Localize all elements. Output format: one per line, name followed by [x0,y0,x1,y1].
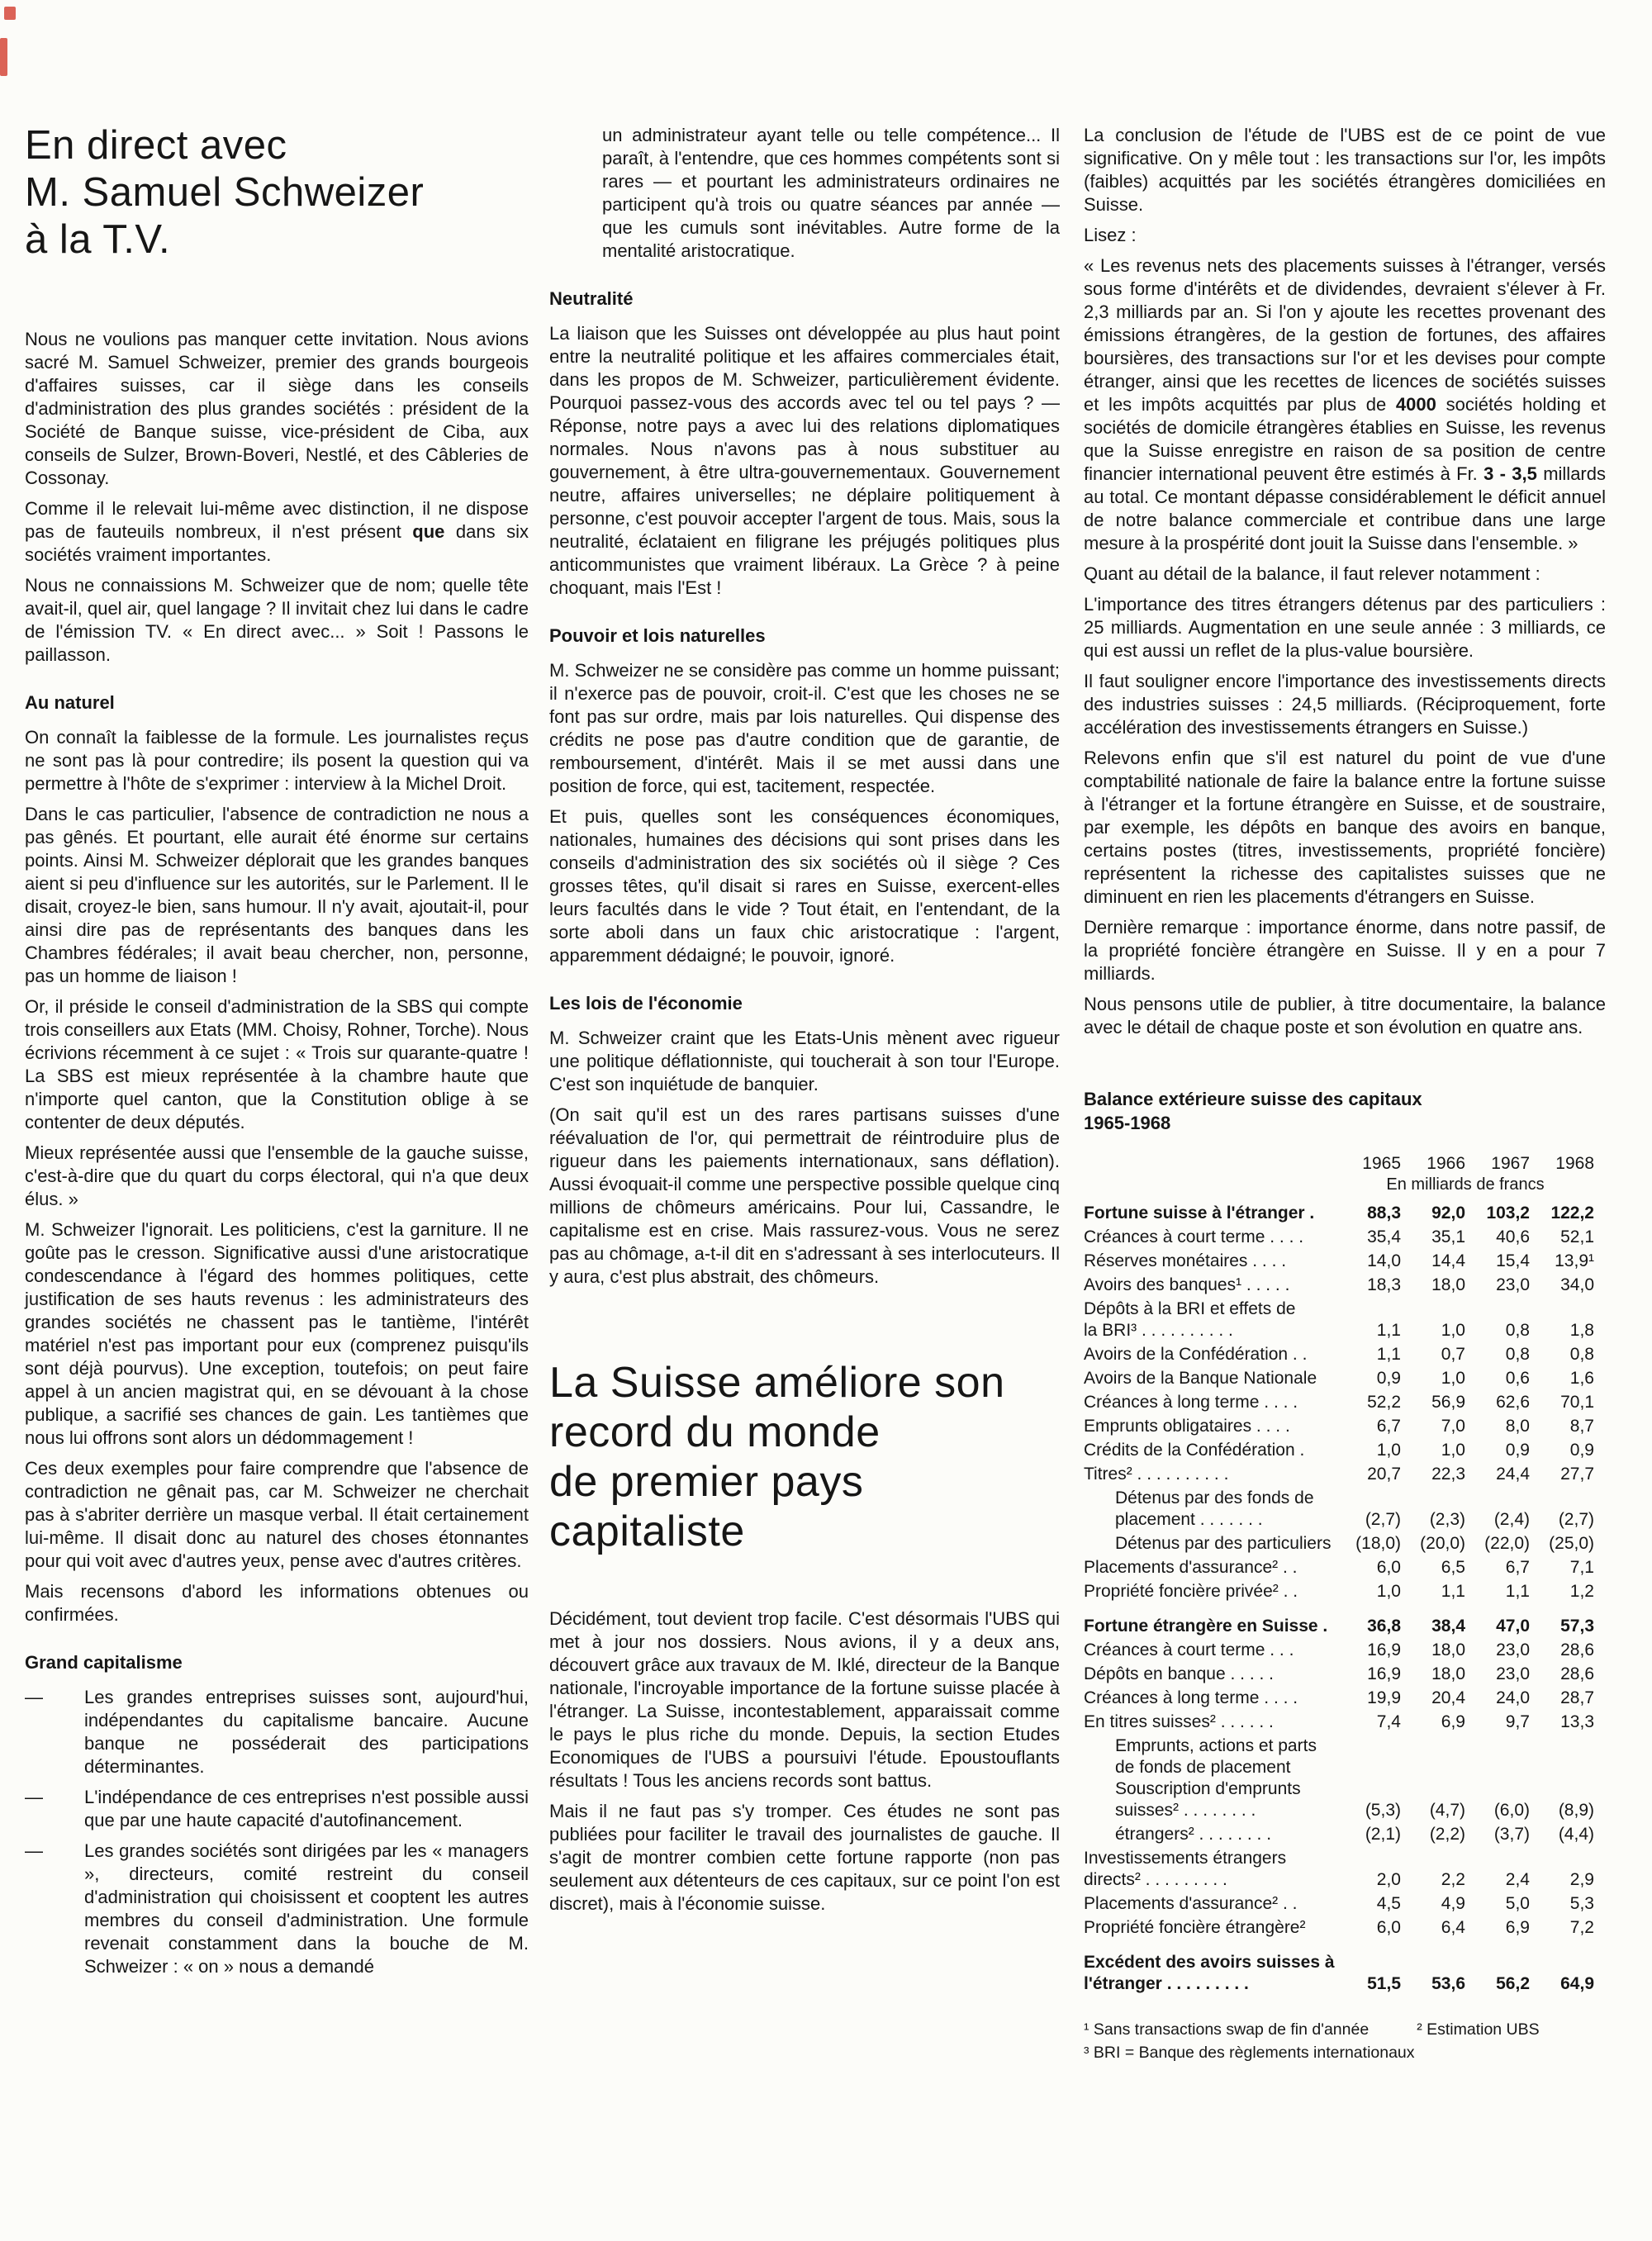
paragraph: Or, il préside le conseil d'administrati… [25,995,529,1134]
red-registration-mark [0,38,7,76]
dash-marker: — [25,1686,84,1778]
table-row: Avoirs des banques¹ . . . . .18,318,023,… [1084,1275,1606,1296]
paragraph: Ces deux exemples pour faire comprendre … [25,1457,529,1573]
header-spacer [1084,1153,1336,1175]
dash-marker: — [25,1786,84,1832]
bold-text: 4000 [1396,394,1436,415]
year-header: 1966 [1401,1153,1465,1175]
dash-marker: — [25,1840,84,1978]
newspaper-page: En direct avec M. Samuel Schweizer à la … [0,0,1652,2241]
list-item: — Les grandes sociétés sont dirigées par… [25,1840,529,1978]
section-heading: Grand capitalisme [25,1651,529,1674]
table-row: Investissements étrangers directs² . . .… [1084,1848,1606,1891]
table-title: Balance extérieure suisse des capitaux 1… [1084,1087,1606,1135]
footnote: ¹ Sans transactions swap de fin d'année [1084,2018,1369,2041]
paragraph: Dernière remarque : importance énorme, d… [1084,916,1606,985]
section-heading: Neutralité [549,287,1060,311]
column-2: un administrateur ayant telle ou telle c… [549,124,1060,1923]
paragraph: Nous ne connaissions M. Schweizer que de… [25,574,529,667]
year-header: 1965 [1336,1153,1401,1175]
second-article-headline: La Suisse améliore son record du monde d… [549,1358,1060,1556]
table-row: Propriété foncière privée² . .1,01,11,11… [1084,1581,1606,1602]
table-row: En titres suisses² . . . . . .7,46,99,71… [1084,1712,1606,1733]
paragraph: Lisez : [1084,224,1606,247]
table-row: Créances à court terme . . . .35,435,140… [1084,1227,1606,1248]
paragraph: M. Schweizer craint que les Etats-Unis m… [549,1027,1060,1096]
table-row: Dépôts en banque . . . . .16,918,023,028… [1084,1664,1606,1685]
red-registration-mark [4,7,16,20]
paragraph: (On sait qu'il est un des rares partisan… [549,1104,1060,1289]
paragraph: Mieux représentée aussi que l'ensemble d… [25,1142,529,1211]
section-heading: Au naturel [25,691,529,715]
footnote: ² Estimation UBS [1417,2018,1539,2041]
bold-text: 3 - 3,5 [1483,463,1537,484]
capital-balance-table: 1965 1966 1967 1968 En milliards de fran… [1084,1153,1606,2064]
paragraph: Quant au détail de la balance, il faut r… [1084,563,1606,586]
paragraph: On connaît la faiblesse de la formule. L… [25,726,529,795]
table-row: Fortune suisse à l'étranger .88,392,0103… [1084,1203,1606,1224]
table-row: Excédent des avoirs suisses à l'étranger… [1084,1952,1606,1995]
paragraph: Il faut souligner encore l'importance de… [1084,670,1606,739]
paragraph: Mais il ne faut pas s'y tromper. Ces étu… [549,1800,1060,1916]
table-row: Réserves monétaires . . . .14,014,415,41… [1084,1251,1606,1272]
paragraph: Et puis, quelles sont les conséquences é… [549,805,1060,967]
table-row: Titres² . . . . . . . . . .20,722,324,42… [1084,1464,1606,1485]
table-row: Crédits de la Confédération .1,01,00,90,… [1084,1440,1606,1461]
table-row: Fortune étrangère en Suisse .36,838,447,… [1084,1616,1606,1637]
table-footnotes: ¹ Sans transactions swap de fin d'année … [1084,2018,1606,2064]
footnote-line: ¹ Sans transactions swap de fin d'année … [1084,2018,1606,2041]
table-row: Dépôts à la BRI et effets de la BRI³ . .… [1084,1299,1606,1341]
paragraph: Relevons enfin que s'il est naturel du p… [1084,747,1606,909]
table-row: Détenus par des fonds de placement . . .… [1084,1488,1606,1531]
section-heading: Les lois de l'économie [549,992,1060,1015]
column-1: En direct avec M. Samuel Schweizer à la … [25,122,529,1986]
paragraph: Nous ne voulions pas manquer cette invit… [25,328,529,490]
list-item: — L'indépendance de ces entreprises n'es… [25,1786,529,1832]
paragraph: Comme il le relevait lui-même avec disti… [25,497,529,567]
paragraph: M. Schweizer l'ignorait. Les politiciens… [25,1218,529,1450]
list-item-text: Les grandes entreprises suisses sont, au… [84,1686,529,1778]
paragraph: M. Schweizer ne se considère pas comme u… [549,659,1060,798]
table-row: Placements d'assurance² . .6,06,56,77,1 [1084,1557,1606,1579]
article-title: En direct avec M. Samuel Schweizer à la … [25,122,529,264]
paragraph: Nous pensons utile de publier, à titre d… [1084,993,1606,1039]
table-row: Créances à long terme . . . .52,256,962,… [1084,1392,1606,1413]
table-row: Emprunts, actions et parts de fonds de p… [1084,1735,1606,1821]
paragraph-continuation: un administrateur ayant telle ou telle c… [602,124,1060,263]
table-row: Avoirs de la Banque Nationale0,91,00,61,… [1084,1368,1606,1389]
table-row: étrangers² . . . . . . . .(2,1)(2,2)(3,7… [1084,1824,1606,1845]
table-row: Détenus par des particuliers(18,0)(20,0)… [1084,1533,1606,1555]
paragraph: La liaison que les Suisses ont développé… [549,322,1060,600]
table-unit-label: En milliards de francs [1336,1175,1594,1194]
list-item: — Les grandes entreprises suisses sont, … [25,1686,529,1778]
column-3: La conclusion de l'étude de l'UBS est de… [1084,124,1606,2064]
table-year-header: 1965 1966 1967 1968 [1084,1153,1606,1175]
table-row: Créances à long terme . . . .19,920,424,… [1084,1688,1606,1709]
footnote-line: ³ BRI = Banque des règlements internatio… [1084,2041,1606,2064]
paragraph: Dans le cas particulier, l'absence de co… [25,803,529,988]
list-item-text: L'indépendance de ces entreprises n'est … [84,1786,529,1832]
table-row: Créances à court terme . . .16,918,023,0… [1084,1640,1606,1661]
list-item-text: Les grandes sociétés sont dirigées par l… [84,1840,529,1978]
year-header: 1967 [1465,1153,1530,1175]
text-segment: « Les revenus nets des placements suisse… [1084,255,1606,415]
bold-text: que [412,521,444,542]
table-row: Emprunts obligataires . . . .6,77,08,08,… [1084,1416,1606,1437]
table-row: Placements d'assurance² . .4,54,95,05,3 [1084,1893,1606,1915]
paragraph: La conclusion de l'étude de l'UBS est de… [1084,124,1606,216]
paragraph: Mais recensons d'abord les informations … [25,1580,529,1626]
section-heading: Pouvoir et lois naturelles [549,624,1060,648]
table-row: Propriété foncière étrangère²6,06,46,97,… [1084,1917,1606,1939]
paragraph: Décidément, tout devient trop facile. C'… [549,1607,1060,1792]
footnote: ³ BRI = Banque des règlements internatio… [1084,2044,1415,2062]
paragraph: L'importance des titres étrangers détenu… [1084,593,1606,662]
year-header: 1968 [1530,1153,1594,1175]
quote-paragraph: « Les revenus nets des placements suisse… [1084,254,1606,555]
table-row: Avoirs de la Confédération . .1,10,70,80… [1084,1344,1606,1365]
